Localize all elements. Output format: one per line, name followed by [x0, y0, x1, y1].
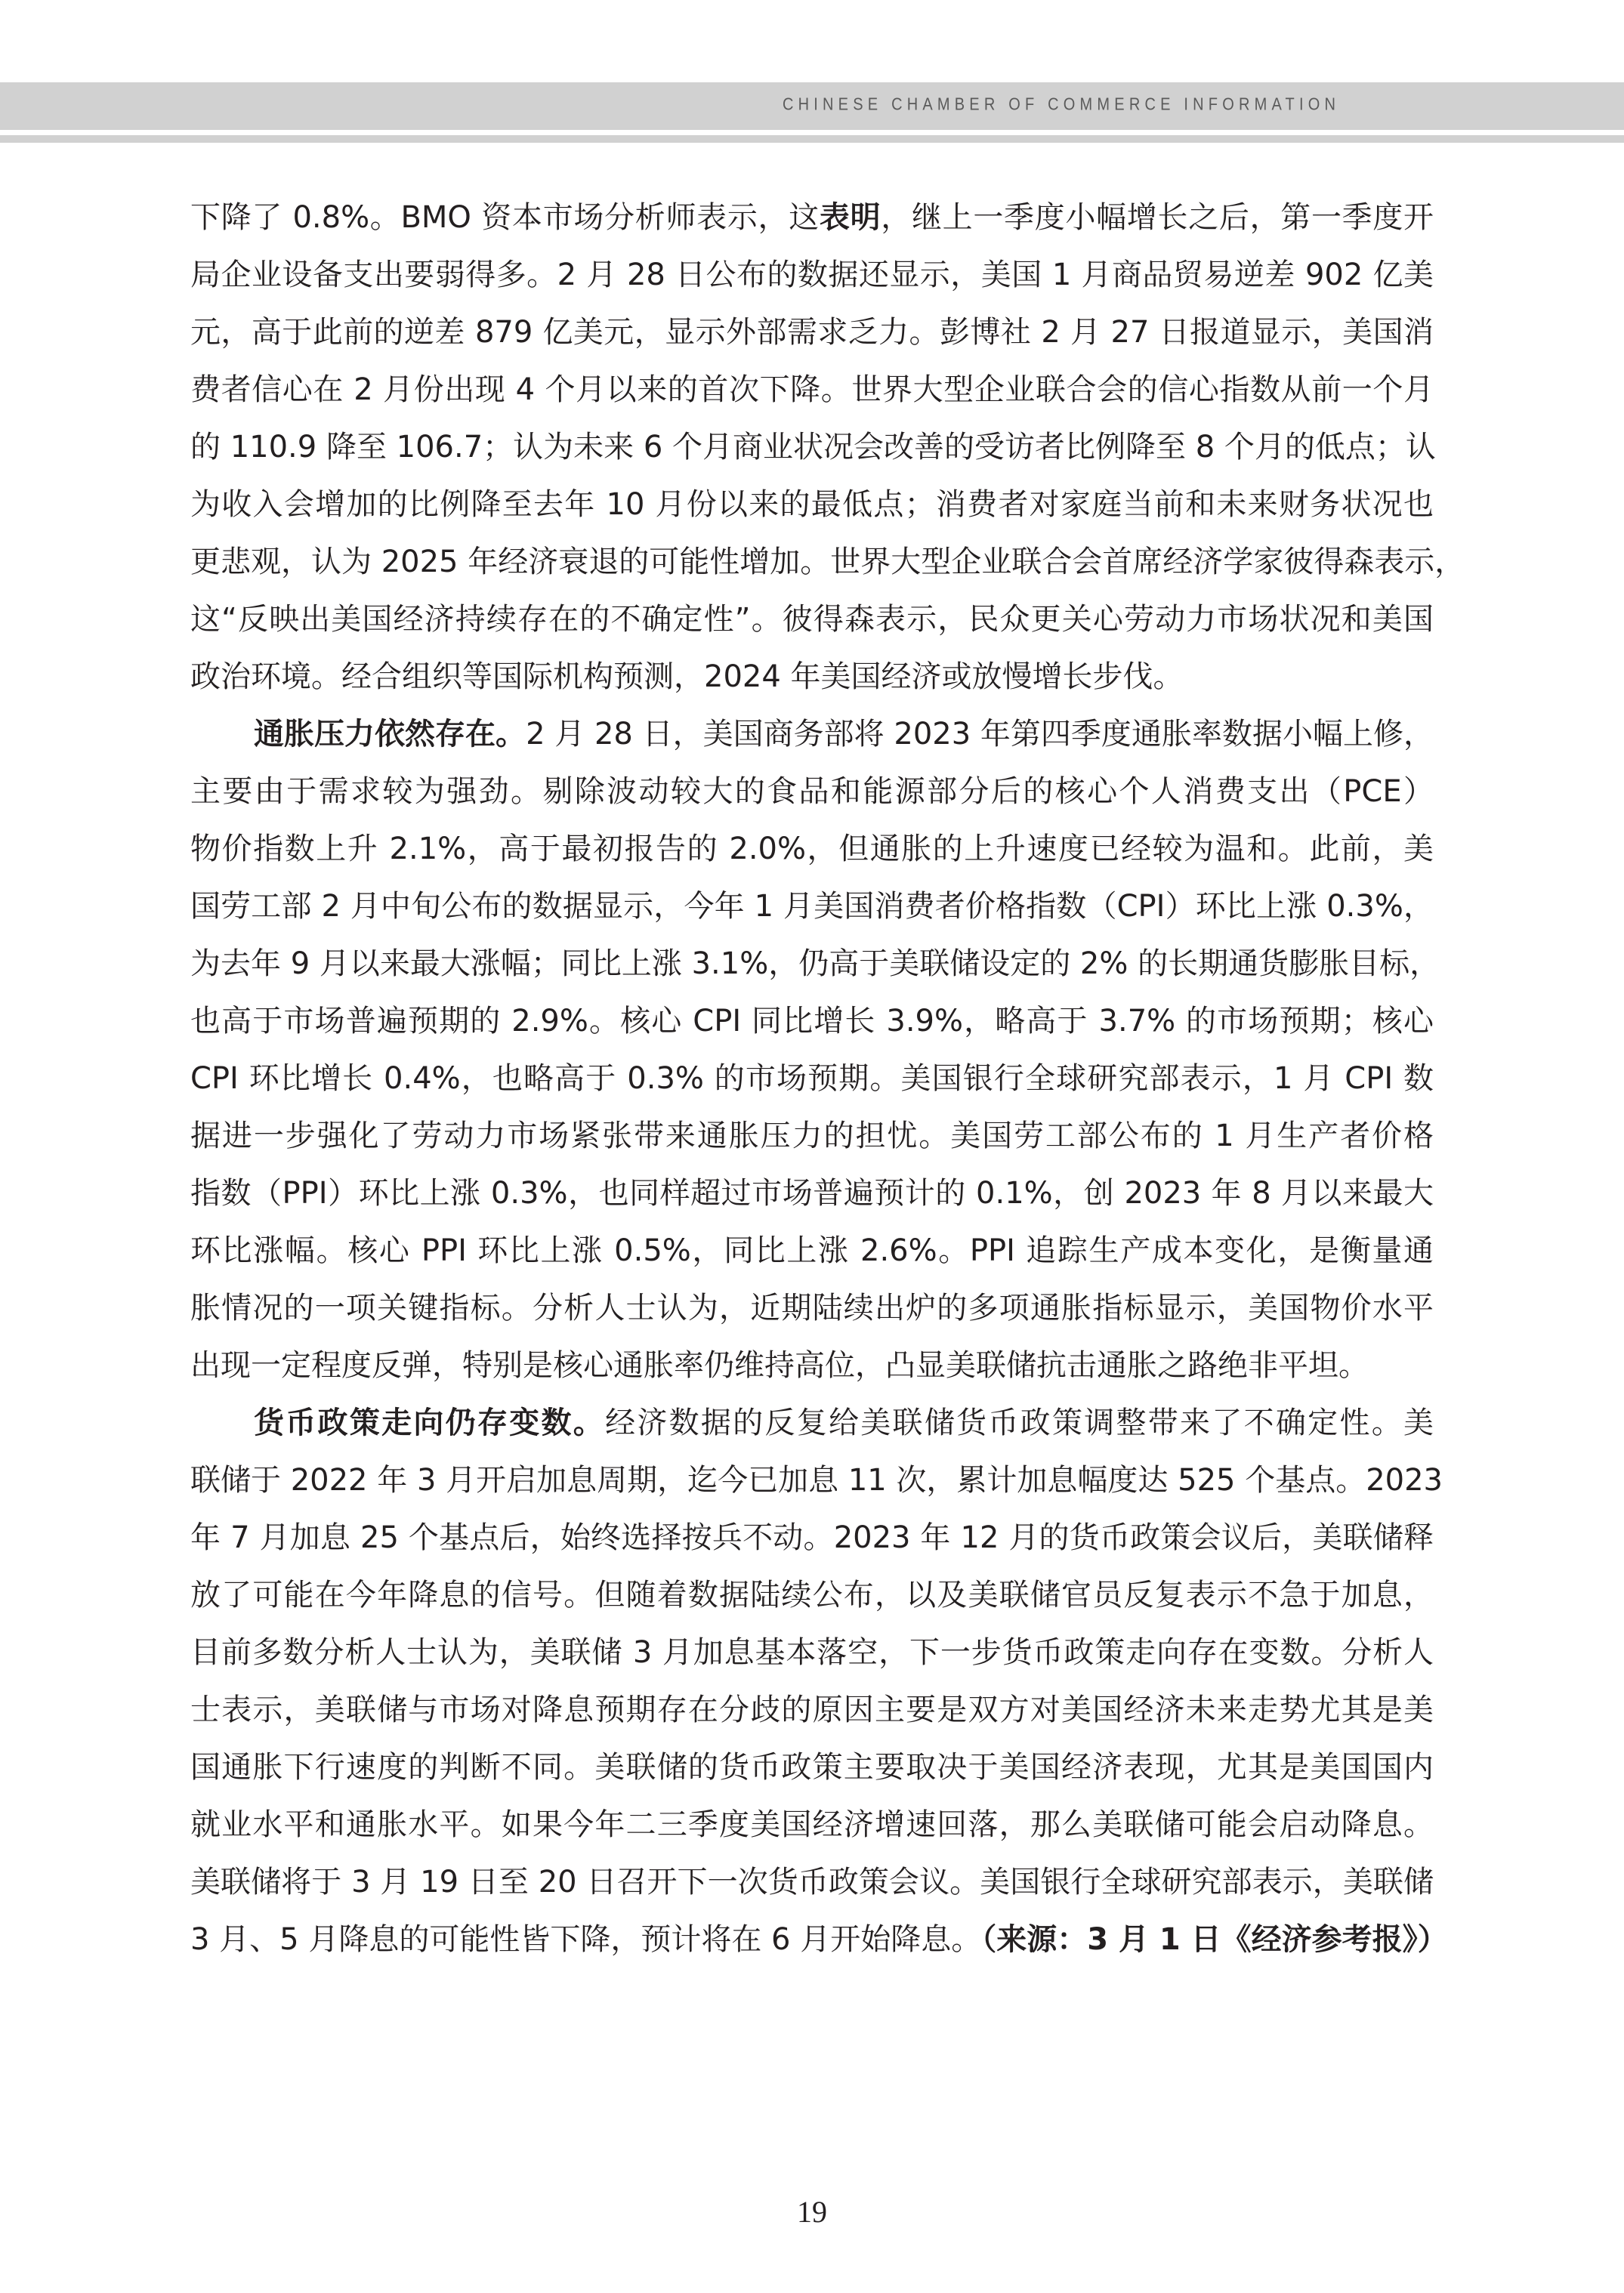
- text-line: CPI 环比增长 0.4%，也略高于 0.3% 的市场预期。美国银行全球研究部表…: [190, 1056, 1434, 1113]
- page-number: 19: [0, 2194, 1624, 2230]
- text-line: 货币政策走向仍存变数。经济数据的反复给美联储货币政策调整带来了不确定性。美: [190, 1400, 1434, 1458]
- text-line: 目前多数分析人士认为，美联储 3 月加息基本落空，下一步货币政策走向存在变数。分…: [190, 1630, 1434, 1687]
- text-line: 这“反映出美国经济持续存在的不确定性”。彼得森表示，民众更关心劳动力市场状况和美…: [190, 597, 1434, 654]
- text-line: 更悲观，认为 2025 年经济衰退的可能性增加。世界大型企业联合会首席经济学家彼…: [190, 539, 1434, 597]
- text-line: 费者信心在 2 月份出现 4 个月以来的首次下降。世界大型企业联合会的信心指数从…: [190, 367, 1434, 424]
- bold-text-span: 表明: [820, 200, 881, 235]
- text-line: 的 110.9 降至 106.7；认为未来 6 个月商业状况会改善的受访者比例降…: [190, 424, 1434, 482]
- text-line: 为收入会增加的比例降至去年 10 月份以来的最低点；消费者对家庭当前和未来财务状…: [190, 482, 1434, 539]
- text-line: 环比涨幅。核心 PPI 环比上涨 0.5%，同比上涨 2.6%。PPI 追踪生产…: [190, 1228, 1434, 1285]
- text-line: 放了可能在今年降息的信号。但随着数据陆续公布，以及美联储官员反复表示不急于加息，: [190, 1572, 1434, 1630]
- text-span: 下降了 0.8%。BMO 资本市场分析师表示，这: [190, 200, 820, 235]
- text-line: 就业水平和通胀水平。如果今年二三季度美国经济增速回落，那么美联储可能会启动降息。: [190, 1802, 1434, 1859]
- text-span: ，继上一季度小幅增长之后，第一季度开: [881, 200, 1434, 235]
- text-line: 国通胀下行速度的判断不同。美联储的货币政策主要取决于美国经济表现，尤其是美国国内: [190, 1745, 1434, 1802]
- text-line: 胀情况的一项关键指标。分析人士认为，近期陆续出炉的多项通胀指标显示，美国物价水平: [190, 1285, 1434, 1343]
- paragraph-monetary-policy: 货币政策走向仍存变数。经济数据的反复给美联储货币政策调整带来了不确定性。美 联储…: [190, 1400, 1434, 1974]
- publication-title: CHINESE CHAMBER OF COMMERCE INFORMATION: [783, 95, 1340, 115]
- paragraph-inflation: 通胀压力依然存在。2 月 28 日，美国商务部将 2023 年第四季度通胀率数据…: [190, 711, 1434, 1400]
- paragraph-economy: 下降了 0.8%。BMO 资本市场分析师表示，这表明，继上一季度小幅增长之后，第…: [190, 195, 1434, 711]
- text-span: 经济数据的反复给美联储货币政策调整带来了不确定性。美: [605, 1406, 1434, 1440]
- text-line: 元，高于此前的逆差 879 亿美元，显示外部需求乏力。彭博社 2 月 27 日报…: [190, 310, 1434, 367]
- text-line: 美联储将于 3 月 19 日至 20 日召开下一次货币政策会议。美国银行全球研究…: [190, 1859, 1434, 1917]
- header-stripe: [0, 135, 1624, 143]
- text-line: 年 7 月加息 25 个基点后，始终选择按兵不动。2023 年 12 月的货币政…: [190, 1515, 1434, 1572]
- text-line: 下降了 0.8%。BMO 资本市场分析师表示，这表明，继上一季度小幅增长之后，第…: [190, 195, 1434, 252]
- text-line: 3 月、5 月降息的可能性皆下降，预计将在 6 月开始降息。（来源：3 月 1 …: [190, 1917, 1434, 1974]
- source-citation: （来源：3 月 1 日《经济参考报》）: [981, 1922, 1447, 1957]
- text-line: 政治环境。经合组织等国际机构预测，2024 年美国经济或放慢增长步伐。: [190, 654, 1434, 711]
- text-line: 国劳工部 2 月中旬公布的数据显示，今年 1 月美国消费者价格指数（CPI）环比…: [190, 884, 1434, 941]
- text-line: 通胀压力依然存在。2 月 28 日，美国商务部将 2023 年第四季度通胀率数据…: [190, 711, 1434, 769]
- section-heading: 货币政策走向仍存变数。: [254, 1406, 605, 1440]
- text-line: 物价指数上升 2.1%，高于最初报告的 2.0%，但通胀的上升速度已经较为温和。…: [190, 826, 1434, 884]
- text-line: 也高于市场普遍预期的 2.9%。核心 CPI 同比增长 3.9%，略高于 3.7…: [190, 998, 1434, 1056]
- article-body: 下降了 0.8%。BMO 资本市场分析师表示，这表明，继上一季度小幅增长之后，第…: [190, 195, 1434, 1974]
- text-line: 为去年 9 月以来最大涨幅；同比上涨 3.1%，仍高于美联储设定的 2% 的长期…: [190, 941, 1434, 998]
- text-line: 联储于 2022 年 3 月开启加息周期，迄今已加息 11 次，累计加息幅度达 …: [190, 1458, 1434, 1515]
- text-span: 3 月、5 月降息的可能性皆下降，预计将在 6 月开始降息。: [190, 1922, 981, 1957]
- text-line: 士表示，美联储与市场对降息预期存在分歧的原因主要是双方对美国经济未来走势尤其是美: [190, 1687, 1434, 1745]
- section-heading: 通胀压力依然存在。: [254, 717, 526, 751]
- text-line: 局企业设备支出要弱得多。2 月 28 日公布的数据还显示，美国 1 月商品贸易逆…: [190, 252, 1434, 310]
- text-line: 据进一步强化了劳动力市场紧张带来通胀压力的担忧。美国劳工部公布的 1 月生产者价…: [190, 1113, 1434, 1171]
- text-line: 主要由于需求较为强劲。剔除波动较大的食品和能源部分后的核心个人消费支出（PCE）: [190, 769, 1434, 826]
- text-span: 2 月 28 日，美国商务部将 2023 年第四季度通胀率数据小幅上修，: [526, 717, 1434, 751]
- text-line: 出现一定程度反弹，特别是核心通胀率仍维持高位，凸显美联储抗击通胀之路绝非平坦。: [190, 1343, 1434, 1400]
- text-line: 指数（PPI）环比上涨 0.3%，也同样超过市场普遍预计的 0.1%，创 202…: [190, 1171, 1434, 1228]
